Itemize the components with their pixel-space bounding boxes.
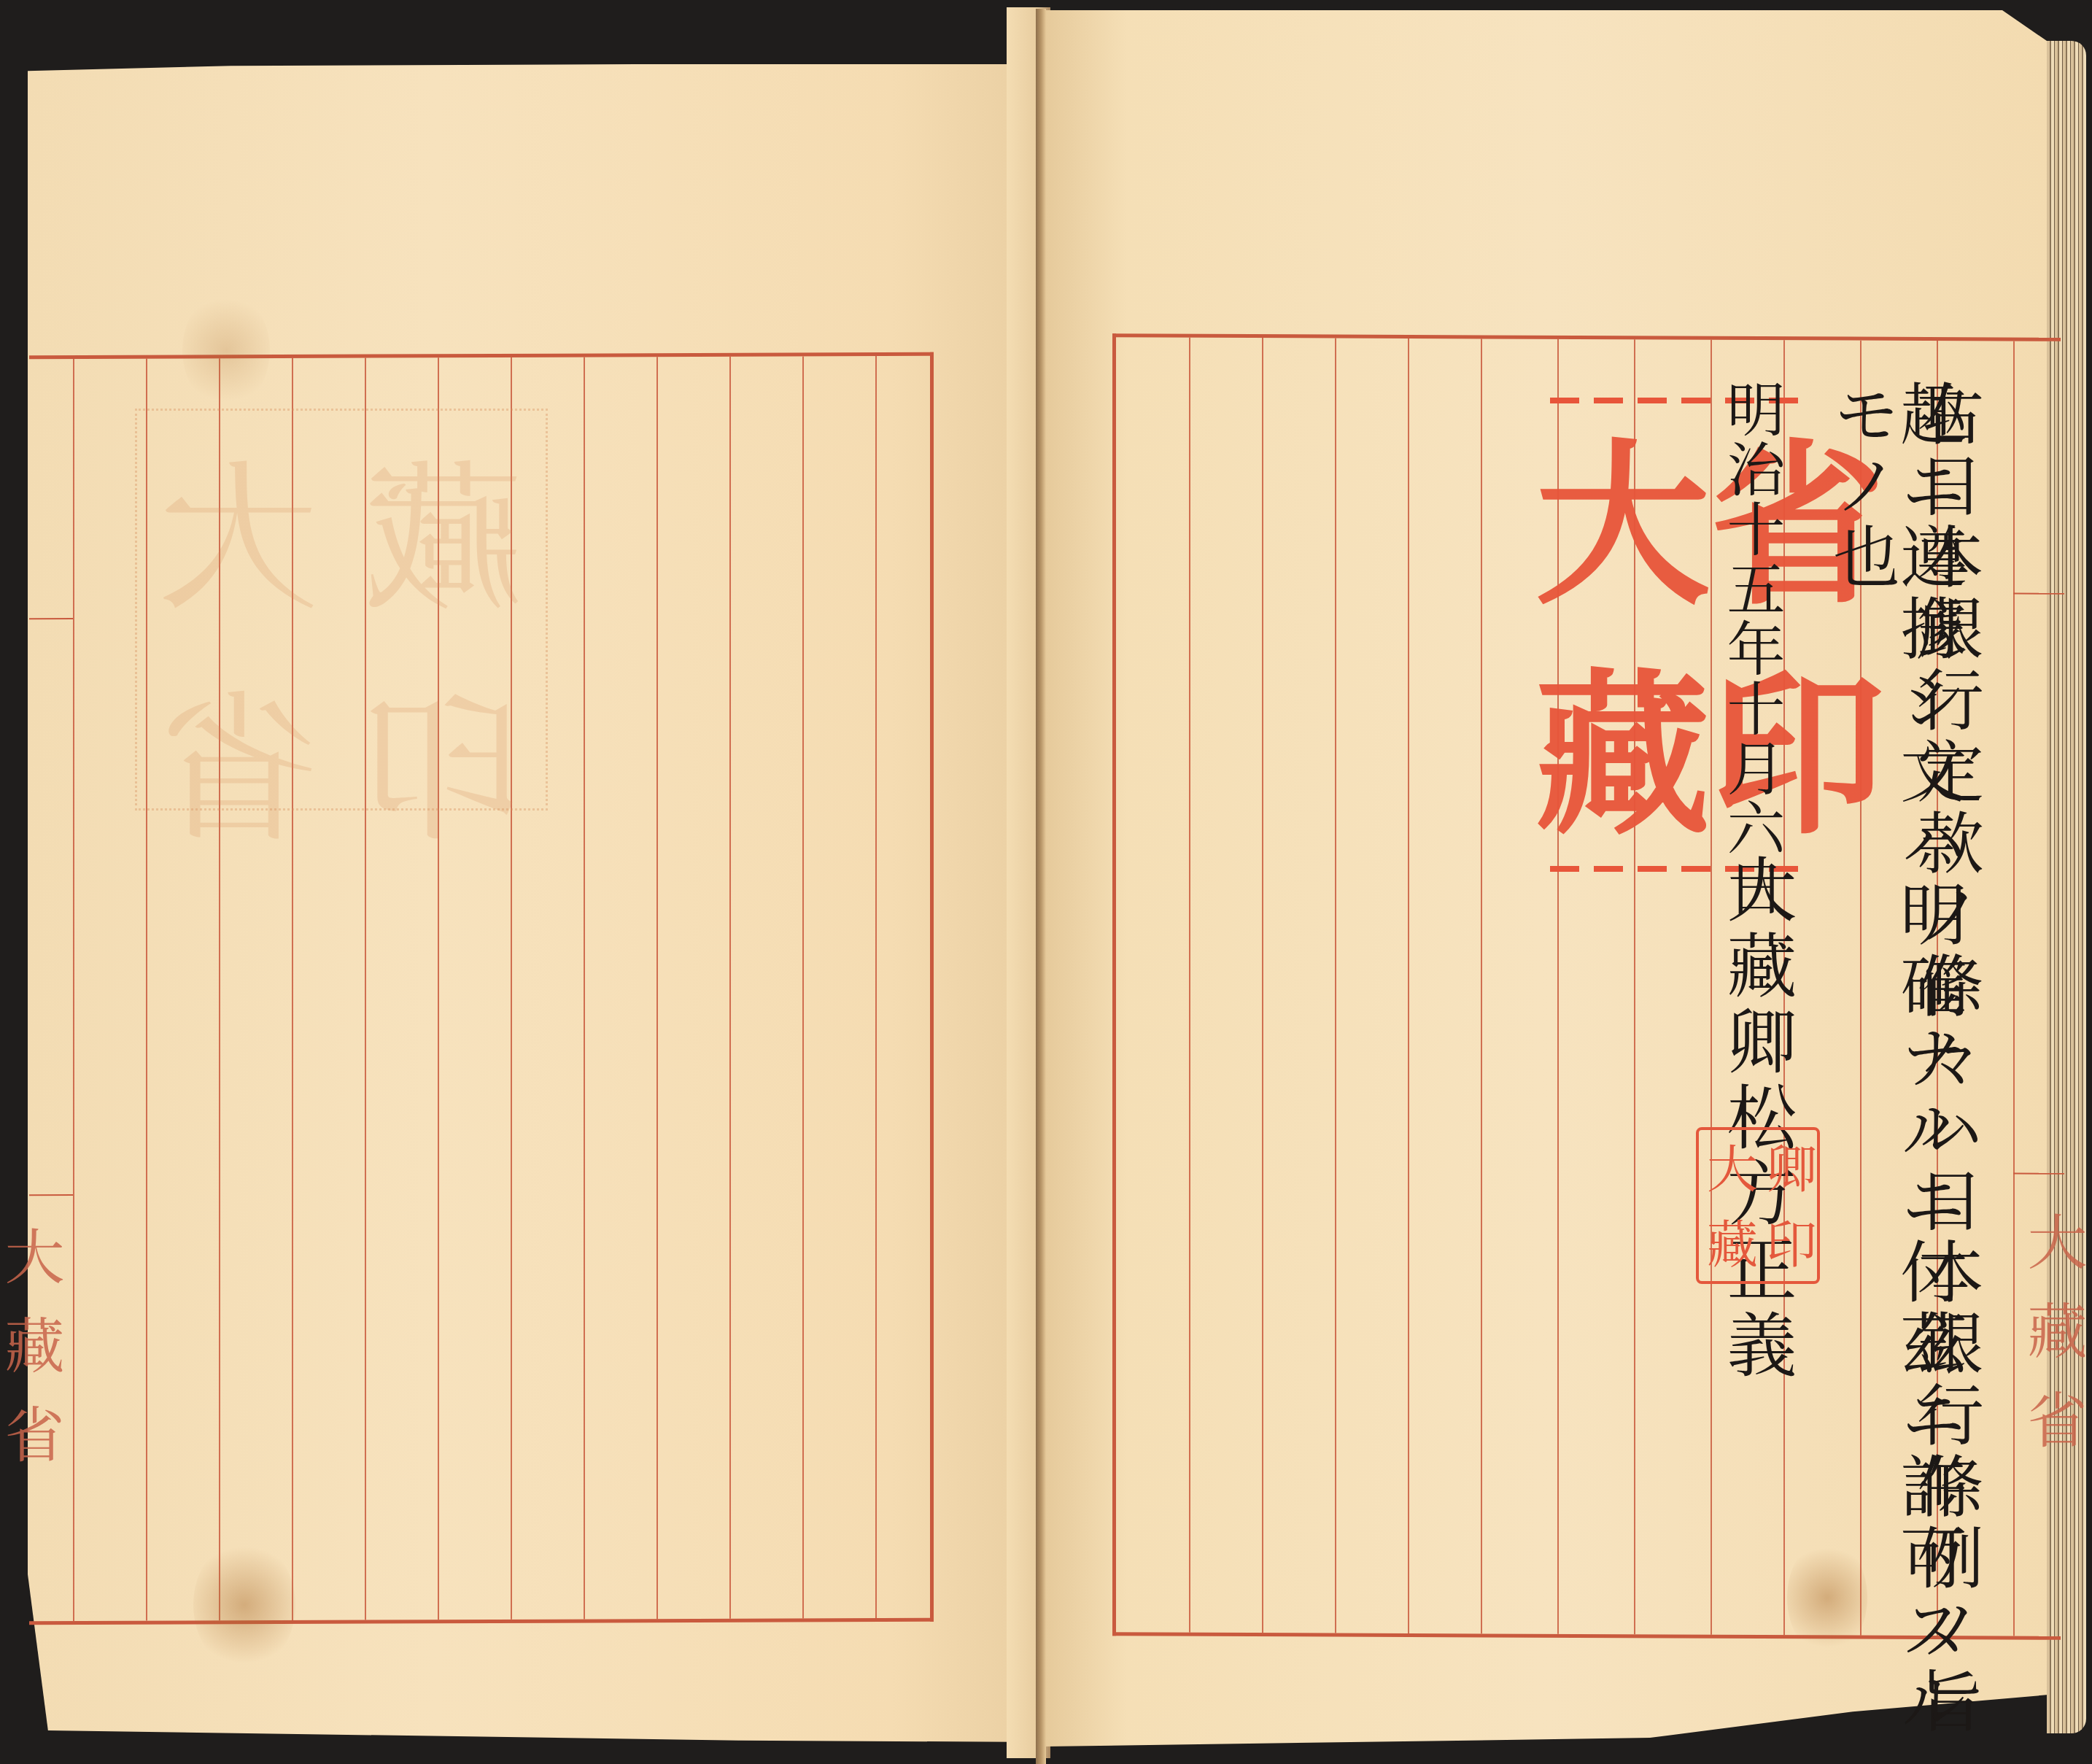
column-rule xyxy=(656,357,658,1619)
column-rule xyxy=(729,357,731,1619)
foxing-stain xyxy=(1787,1539,1867,1656)
margin-tab-rule xyxy=(2013,593,2064,595)
seal-glyph: 大 xyxy=(1521,405,1696,635)
column-rule xyxy=(875,356,877,1618)
column-rule xyxy=(1262,338,1263,1633)
foxing-stain xyxy=(193,1539,295,1671)
seal-glyph: 印 xyxy=(1758,1206,1817,1282)
column-rule xyxy=(1481,339,1482,1633)
column-rule xyxy=(584,357,585,1620)
signature: 大藏卿松方正義 xyxy=(1721,854,1791,1385)
margin-tab-rule xyxy=(29,618,73,619)
seal-glyph: 卿 xyxy=(1758,1130,1817,1206)
small-seal-finance-minister: 大 卿 藏 印 xyxy=(1696,1127,1820,1284)
ghost-seal-glyph: 印 xyxy=(341,641,546,872)
foxing-stain xyxy=(182,292,270,409)
seal-glyph: 藏 xyxy=(1521,635,1696,864)
left-margin-bleed-text: 大藏省 xyxy=(0,1226,72,1493)
ghost-seal-glyph: 大 xyxy=(137,411,341,641)
ghost-seal-glyph: 藏 xyxy=(341,411,546,641)
date-line: 明治十五年十月六日 xyxy=(1721,379,1780,918)
margin-tab-rule xyxy=(2013,1173,2064,1175)
column-rule xyxy=(1335,338,1336,1633)
column-rule xyxy=(1189,338,1190,1633)
book-spine xyxy=(1036,9,1046,1764)
right-margin-bleed-text: 大藏省 xyxy=(2010,1211,2092,1478)
column-rule xyxy=(73,359,74,1621)
ghost-seal-bleedthrough: 大 藏 省 印 xyxy=(135,409,548,811)
column-rule xyxy=(1408,339,1409,1633)
seal-glyph: 藏 xyxy=(1699,1206,1758,1282)
seal-glyph: 大 xyxy=(1699,1130,1758,1206)
ghost-seal-glyph: 省 xyxy=(137,641,341,872)
margin-tab-rule xyxy=(29,1194,73,1196)
column-rule xyxy=(802,356,804,1618)
